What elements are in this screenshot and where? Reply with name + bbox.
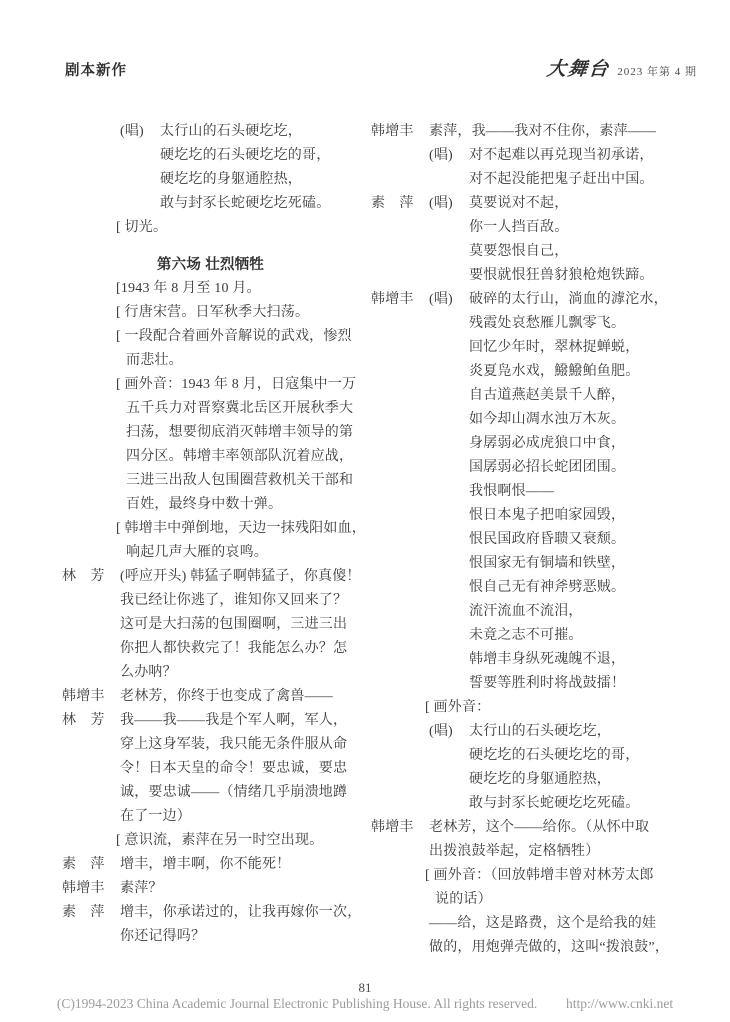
line-text: 素萍，我——我对不住你，素萍—— (429, 124, 656, 139)
script-line: 五千兵力对晋察冀北岳区开展秋季大 (62, 397, 359, 421)
script-line: 硬圪圪的身躯通腔热， (62, 168, 359, 192)
line-text: 素萍？ (120, 881, 163, 896)
line-text: 做的，用炮弹壳做的，这叫“拨浪鼓”， (429, 940, 669, 955)
speaker-name: 韩增丰 (371, 120, 429, 144)
line-text: 要恨就恨狂兽豺狼枪炮铁蹄。 (469, 268, 654, 283)
script-line: 韩增丰素萍，我——我对不住你，素萍—— (371, 120, 668, 144)
script-line: 敢与封豕长蛇硬圪圪死磕。 (371, 792, 668, 816)
line-text: 增丰，你承诺过的，让我再嫁你一次， (120, 905, 361, 920)
journal-mark: 大舞台 2023 年第 4 期 (547, 54, 697, 81)
script-line: 穿上这身军装，我只能无条件服从命 (62, 733, 359, 757)
chant-tag: (唱) (429, 144, 469, 168)
script-line: 诚，要忠诚——（情绪几乎崩溃地蹲 (62, 781, 359, 805)
line-text: 流汗流血不流泪， (469, 604, 583, 619)
script-line: 么办呐？ (62, 661, 359, 685)
journal-logo: 大舞台 (546, 54, 612, 81)
line-text: 百姓，最终身中数十弹。 (126, 497, 282, 512)
script-line: 百姓，最终身中数十弹。 (62, 493, 359, 517)
line-text: 扫荡，想要彻底消灭韩增丰领导的第 (126, 425, 353, 440)
speaker-name: 素 萍 (371, 192, 429, 216)
script-line: [1943 年 8 月至 10 月。 (62, 277, 359, 301)
line-text: 么办呐？ (120, 665, 177, 680)
script-line: 身孱弱必成虎狼口中食， (371, 432, 668, 456)
script-line: 流汗流血不流泪， (371, 600, 668, 624)
script-line: 响起几声大雁的哀鸣。 (62, 541, 359, 565)
line-text: 五千兵力对晋察冀北岳区开展秋季大 (126, 401, 353, 416)
script-line: 要恨就恨狂兽豺狼枪炮铁蹄。 (371, 264, 668, 288)
script-line: 素 萍增丰，你承诺过的，让我再嫁你一次， (62, 901, 359, 925)
script-line: 三进三出敌人包围圈营救机关干部和 (62, 469, 359, 493)
script-line: 四分区。韩增丰率领部队沉着应战， (62, 445, 359, 469)
chant-tag: (唱) (429, 288, 469, 312)
script-line: 硬圪圪的石头硬圪圪的哥， (62, 144, 359, 168)
scene-heading: 第六场 壮烈牺牲 (62, 253, 359, 277)
line-text: 韩增丰身纵死魂魄不退， (469, 652, 625, 667)
script-line: 韩增丰身纵死魂魄不退， (371, 648, 668, 672)
line-text: 三进三出敌人包围圈营救机关干部和 (126, 473, 353, 488)
line-text: 太行山的石头硬圪圪， (160, 124, 302, 139)
line-text: 如今却山凋水浊万木灰。 (469, 412, 625, 427)
line-text: 莫要说对不起， (469, 196, 568, 211)
line-text: 敢与封豕长蛇硬圪圪死磕。 (469, 796, 639, 811)
line-text: [ 一段配合着画外音解说的武戏，惨烈 (116, 329, 352, 344)
line-text: 太行山的石头硬圪圪， (469, 724, 611, 739)
cnki-url: http://www.cnki.net (566, 996, 673, 1011)
speaker-name: 韩增丰 (371, 288, 429, 312)
line-text: 我——我——我是个军人啊，军人， (120, 713, 347, 728)
line-text: 恨日本鬼子把咱家园毁， (469, 508, 625, 523)
speaker-name: 韩增丰 (371, 816, 429, 840)
line-text: 回忆少年时，翠林捉蝉蜕， (469, 340, 639, 355)
line-text: [1943 年 8 月至 10 月。 (116, 281, 261, 296)
script-line: 韩增丰老林芳，这个——给你。（从怀中取 (371, 816, 668, 840)
speaker-name: 林 芳 (62, 565, 120, 589)
script-line: 出拨浪鼓举起，定格牺牲） (371, 840, 668, 864)
line-text: [ 画外音：1943 年 8 月，日寇集中一万 (116, 377, 356, 392)
script-line: 回忆少年时，翠林捉蝉蜕， (371, 336, 668, 360)
script-line: [ 画外音：1943 年 8 月，日寇集中一万 (62, 373, 359, 397)
script-line: (唱)太行山的石头硬圪圪， (371, 720, 668, 744)
script-line: 对不起没能把鬼子赶出中国。 (371, 168, 668, 192)
script-line: 令！日本天皇的命令！要忠诚，要忠 (62, 757, 359, 781)
script-body: (唱)太行山的石头硬圪圪，硬圪圪的石头硬圪圪的哥，硬圪圪的身躯通腔热，敢与封豕长… (62, 120, 668, 960)
script-line: 说的话） (371, 888, 668, 912)
script-line: 韩增丰老林芳，你终于也变成了禽兽—— (62, 685, 359, 709)
script-line: 恨民国政府昏聩又衰颓。 (371, 528, 668, 552)
script-line: 这可是大扫荡的包围圈啊，三进三出 (62, 613, 359, 637)
script-line: [ 画外音： (371, 696, 668, 720)
page-header: 剧本新作 大舞台 2023 年第 4 期 (65, 54, 697, 81)
line-text: 恨自己无有神斧劈恶贼。 (469, 580, 625, 595)
line-text: 在了一边） (120, 809, 191, 824)
line-text: 硬圪圪的身躯通腔热， (160, 172, 302, 187)
section-label: 剧本新作 (65, 59, 127, 80)
right-column: 韩增丰素萍，我——我对不住你，素萍——(唱)对不起难以再兑现当初承诺，对不起没能… (371, 120, 668, 960)
script-line: 敢与封豕长蛇硬圪圪死磕。 (62, 192, 359, 216)
script-line: 素 萍增丰，增丰啊，你不能死！ (62, 853, 359, 877)
line-text: 恨民国政府昏聩又衰颓。 (469, 532, 625, 547)
script-line: 恨日本鬼子把咱家园毁， (371, 504, 668, 528)
script-line: 你还记得吗？ (62, 925, 359, 949)
line-text: 诚，要忠诚——（情绪几乎崩溃地蹲 (120, 785, 347, 800)
speaker-name: 素 萍 (62, 853, 120, 877)
line-text: 破碎的太行山，淌血的滹沱水， (469, 292, 668, 307)
line-text: 增丰，增丰啊，你不能死！ (120, 857, 290, 872)
line-text: 这可是大扫荡的包围圈啊，三进三出 (120, 617, 347, 632)
line-text: [ 韩增丰中弹倒地，天边一抹残阳如血， (116, 521, 366, 536)
script-line: 自古道燕赵美景千人醉， (371, 384, 668, 408)
script-line: 做的，用炮弹壳做的，这叫“拨浪鼓”， (371, 936, 668, 960)
script-line: 誓要等胜利时将战鼓擂！ (371, 672, 668, 696)
script-line: 未竟之志不可摧。 (371, 624, 668, 648)
script-line: 在了一边） (62, 805, 359, 829)
journal-page: 剧本新作 大舞台 2023 年第 4 期 (唱)太行山的石头硬圪圪，硬圪圪的石头… (0, 0, 730, 1022)
script-line: 韩增丰素萍？ (62, 877, 359, 901)
script-line: [ 一段配合着画外音解说的武戏，惨烈 (62, 325, 359, 349)
script-line: (唱)太行山的石头硬圪圪， (62, 120, 359, 144)
line-text: 莫要怨恨自己， (469, 244, 568, 259)
line-text: 誓要等胜利时将战鼓擂！ (469, 676, 625, 691)
script-line: 硬圪圪的石头硬圪圪的哥， (371, 744, 668, 768)
line-text: 第六场 壮烈牺牲 (157, 257, 264, 273)
line-text: ——给，这是路费，这个是给我的娃 (429, 916, 656, 931)
page-number: 81 (0, 981, 730, 995)
script-line: 炎夏凫水戏，鱍鱍鲌鱼肥。 (371, 360, 668, 384)
line-text: 我已经让你逃了，谁知你又回来了？ (120, 593, 347, 608)
script-line: [ 意识流，素萍在另一时空出现。 (62, 829, 359, 853)
script-line: [ 画外音：（回放韩增丰曾对林芳太郎 (371, 864, 668, 888)
line-text: 响起几声大雁的哀鸣。 (126, 545, 268, 560)
line-text: 自古道燕赵美景千人醉， (469, 388, 625, 403)
script-line: 如今却山凋水浊万木灰。 (371, 408, 668, 432)
script-line: 林 芳我——我——我是个军人啊，军人， (62, 709, 359, 733)
line-text: [ 画外音：（回放韩增丰曾对林芳太郎 (425, 868, 654, 883)
line-text: 你把人都快救完了！我能怎么办？怎 (120, 641, 347, 656)
line-text: 四分区。韩增丰率领部队沉着应战， (126, 449, 353, 464)
script-line: 恨国家无有铜墙和铁壁， (371, 552, 668, 576)
line-text: 你还记得吗？ (120, 929, 205, 944)
chant-tag: (唱) (120, 120, 160, 144)
chant-tag: (唱) (429, 720, 469, 744)
line-text: 炎夏凫水戏，鱍鱍鲌鱼肥。 (469, 364, 639, 379)
left-column: (唱)太行山的石头硬圪圪，硬圪圪的石头硬圪圪的哥，硬圪圪的身躯通腔热，敢与封豕长… (62, 120, 359, 960)
line-text: 硬圪圪的身躯通腔热， (469, 772, 611, 787)
line-text: 未竟之志不可摧。 (469, 628, 583, 643)
line-text: [ 意识流，素萍在另一时空出现。 (116, 833, 323, 848)
line-text: 我恨啊恨—— (469, 484, 554, 499)
script-line: 而悲壮。 (62, 349, 359, 373)
script-line: 扫荡，想要彻底消灭韩增丰领导的第 (62, 421, 359, 445)
line-text: 硬圪圪的石头硬圪圪的哥， (160, 148, 330, 163)
script-line: 我已经让你逃了，谁知你又回来了？ (62, 589, 359, 613)
issue-label: 2023 年第 4 期 (617, 63, 697, 79)
line-text: (呼应开头) 韩猛子啊韩猛子，你真傻！ (120, 569, 361, 584)
line-text: 而悲壮。 (126, 353, 183, 368)
line-text: 国孱弱必招长蛇团团围。 (469, 460, 625, 475)
script-line: 国孱弱必招长蛇团团围。 (371, 456, 668, 480)
line-text: [ 切光。 (116, 220, 167, 235)
line-text: 对不起难以再兑现当初承诺， (469, 148, 654, 163)
script-line: 莫要怨恨自己， (371, 240, 668, 264)
line-text: 你一人挡百敌。 (469, 220, 568, 235)
script-line: (唱)对不起难以再兑现当初承诺， (371, 144, 668, 168)
line-text: 对不起没能把鬼子赶出中国。 (469, 172, 654, 187)
line-text: 说的话） (435, 892, 492, 907)
line-text: 恨国家无有铜墙和铁壁， (469, 556, 625, 571)
speaker-name: 韩增丰 (62, 877, 120, 901)
script-line: 残霞处哀愁雁儿飘零飞。 (371, 312, 668, 336)
script-line: 你把人都快救完了！我能怎么办？怎 (62, 637, 359, 661)
line-text: 穿上这身军装，我只能无条件服从命 (120, 737, 347, 752)
script-line: 素 萍(唱)莫要说对不起， (371, 192, 668, 216)
line-text: 残霞处哀愁雁儿飘零飞。 (469, 316, 625, 331)
script-line: 我恨啊恨—— (371, 480, 668, 504)
script-line: 你一人挡百敌。 (371, 216, 668, 240)
script-line: [ 韩增丰中弹倒地，天边一抹残阳如血， (62, 517, 359, 541)
line-text: 老林芳，这个——给你。（从怀中取 (429, 820, 649, 835)
script-line: [ 切光。 (62, 216, 359, 240)
line-text: 敢与封豕长蛇硬圪圪死磕。 (160, 196, 330, 211)
script-line: ——给，这是路费，这个是给我的娃 (371, 912, 668, 936)
speaker-name: 林 芳 (62, 709, 120, 733)
line-text: 硬圪圪的石头硬圪圪的哥， (469, 748, 639, 763)
line-text: [ 画外音： (425, 700, 490, 715)
copyright-text: (C)1994-2023 China Academic Journal Elec… (57, 996, 537, 1011)
script-line: 韩增丰(唱)破碎的太行山，淌血的滹沱水， (371, 288, 668, 312)
script-line: 硬圪圪的身躯通腔热， (371, 768, 668, 792)
script-line: [ 行唐宋营。日军秋季大扫荡。 (62, 301, 359, 325)
chant-tag: (唱) (429, 192, 469, 216)
speaker-name: 韩增丰 (62, 685, 120, 709)
line-text: 身孱弱必成虎狼口中食， (469, 436, 625, 451)
speaker-name: 素 萍 (62, 901, 120, 925)
script-line: 林 芳(呼应开头) 韩猛子啊韩猛子，你真傻！ (62, 565, 359, 589)
line-text: 出拨浪鼓举起，定格牺牲） (429, 844, 599, 859)
line-text: 老林芳，你终于也变成了禽兽—— (120, 689, 333, 704)
copyright-line: (C)1994-2023 China Academic Journal Elec… (0, 995, 730, 1012)
script-line: 恨自己无有神斧劈恶贼。 (371, 576, 668, 600)
line-text: [ 行唐宋营。日军秋季大扫荡。 (116, 305, 309, 320)
page-footer: 81 (C)1994-2023 China Academic Journal E… (0, 981, 730, 1012)
line-text: 令！日本天皇的命令！要忠诚，要忠 (120, 761, 347, 776)
